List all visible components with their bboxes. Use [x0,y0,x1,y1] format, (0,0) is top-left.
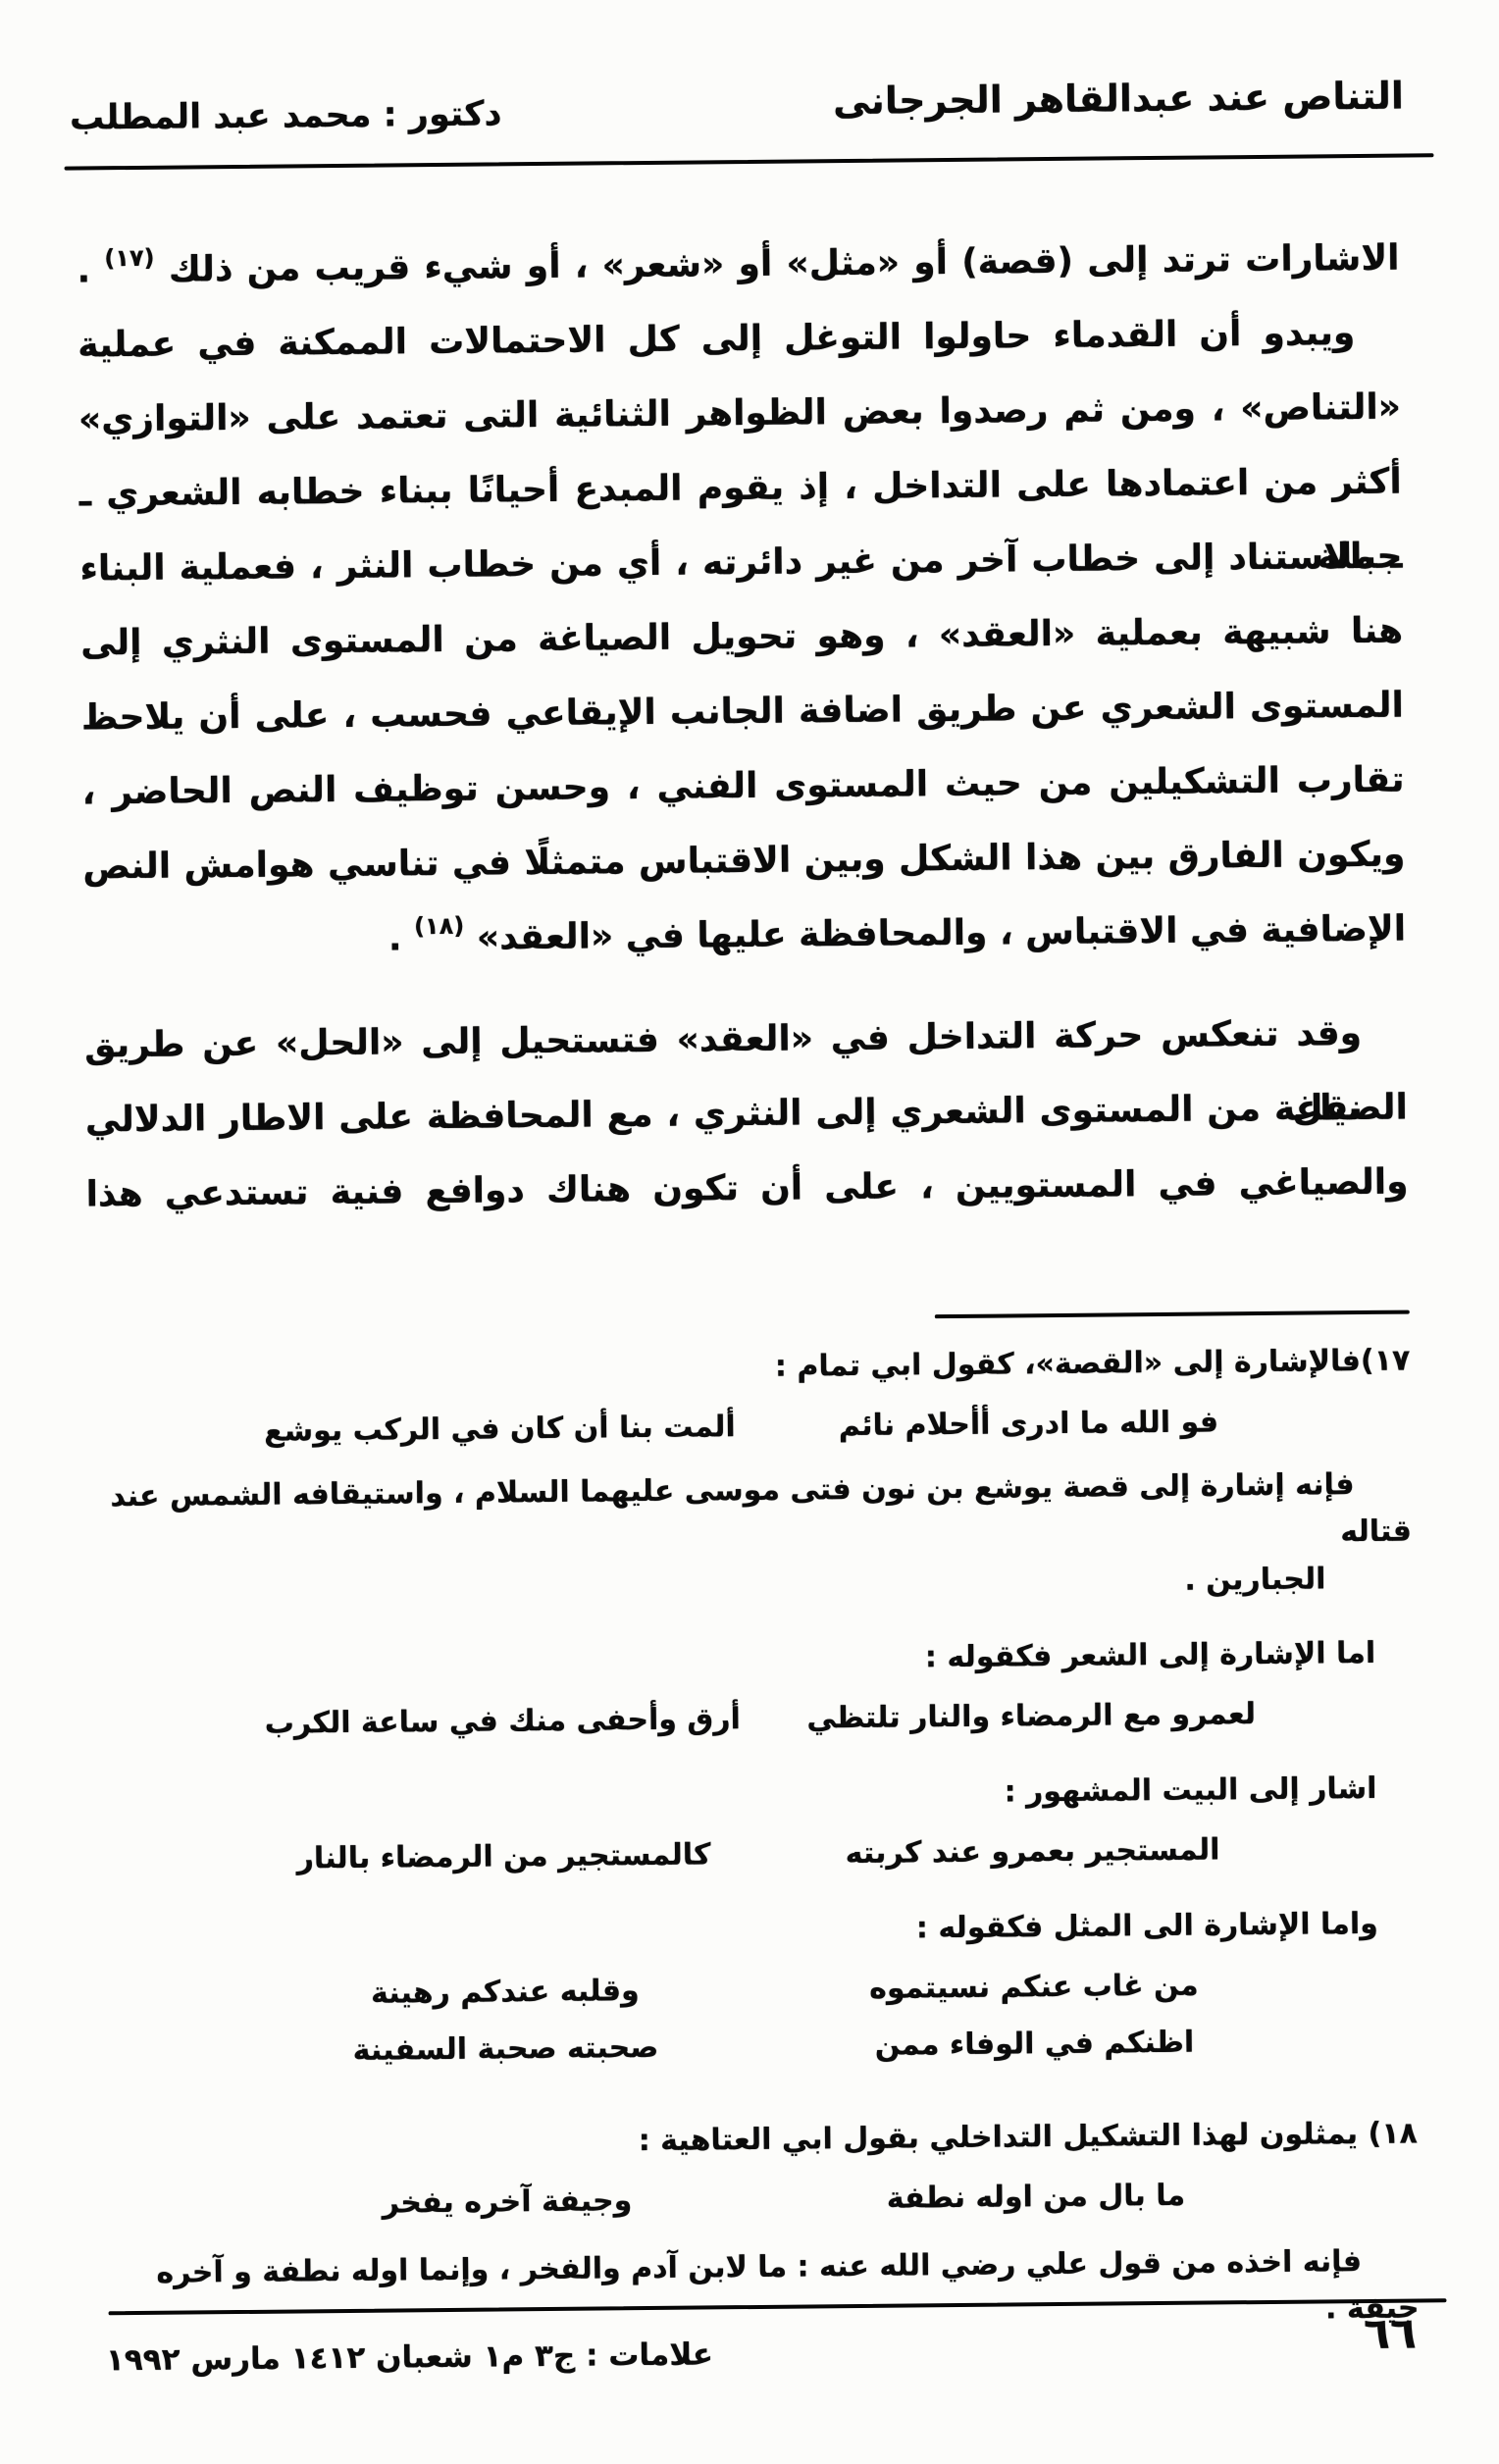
hemistich-right: المستجير بعمرو عند كربته [768,1825,1297,1879]
header-divider [65,153,1434,170]
footnote-ref-18: (١٨) [414,912,465,940]
body-line: أكثر من اعتمادها على التداخل ، إذ يقوم ا… [78,445,1402,533]
page-content: التناص عند عبدالقاهر الجرجانى دكتور : مح… [0,0,1499,2464]
hemistich-right: من غاب عنكم نسيتموه [769,1961,1298,2015]
body-text: الإضافية في الاقتباس ، والمحافظة عليها ف… [464,909,1406,958]
hemistich-left: وجيفة آخره يفخر [242,2176,771,2230]
body-line: هنا شبيهة بعملية «العقد» ، وهو تحويل الص… [80,594,1404,682]
journal-info: علامات : ج٣ م١ شعبان ١٤١٢ مارس ١٩٩٢ [106,2336,713,2378]
hemistich-right: فو الله ما ادرى أأحلام نائم [764,1398,1293,1452]
scanned-book-page: التناص عند عبدالقاهر الجرجانى دكتور : مح… [0,0,1499,2464]
body-line: ويبدو أن القدماء حاولوا التوغل إلى كل ال… [78,296,1401,384]
body-line: ويكون الفارق بين هذا الشكل وبين الاقتباس… [82,818,1406,905]
verse-line: من غاب عنكم نسيتموه وقلبه عندكم رهينة [93,1960,1416,2022]
body-line-paragraph-end: الإضافية في الاقتباس ، والمحافظة عليها ف… [83,893,1407,980]
body-line: تقارب التشكيلين من حيث المستوى الفني ، و… [81,744,1405,831]
footnote-17-proverb-intro: واما الإشارة الى المثل فكقوله : [93,1901,1378,1961]
footnote-18-intro: ١٨) يمثلون لهذا التشكيل التداخلي بقول اب… [95,2111,1418,2171]
hemistich-left: صحبته صحبة السفينة [241,2023,770,2077]
page-number: ٦٦ [1364,2309,1417,2360]
body-line: وقد تنعكس حركة التداخل في «العقد» فتستحي… [84,997,1408,1084]
body-line: ـ بالاستناد إلى خطاب آخر من غير دائرته ،… [79,520,1403,607]
footnote-17-famous-verse-intro: اشار إلى البيت المشهور : [91,1766,1376,1825]
hemistich-right: اظنكم في الوفاء ممن [770,2018,1299,2072]
verse-line: ما بال من اوله نطفة وجيفة آخره يفخر [95,2170,1418,2232]
hemistich-left: أرق وأحفى منك في ساعة الكرب [238,1695,767,1749]
body-text: . [388,918,415,958]
article-body: الاشارات ترتد إلى (قصة) أو «مثل» أو «شعر… [77,222,1409,1233]
body-line-opening: الاشارات ترتد إلى (قصة) أو «مثل» أو «شعر… [77,222,1400,309]
verse-line: فو الله ما ادرى أأحلام نائم ألمت بنا أن … [88,1397,1411,1459]
footnote-ref-17: (١٧) [104,244,155,272]
article-title: التناص عند عبدالقاهر الجرجانى [833,75,1404,124]
verse-line: لعمرو مع الرمضاء والنار تلتظي أرق وأحفى … [91,1689,1414,1751]
footnote-17-poetry-intro: اما الإشارة إلى الشعر فكقوله : [90,1630,1375,1690]
hemistich-left: وقلبه عندكم رهينة [240,1966,769,2020]
verse-line: اظنكم في الوفاء ممن صحبته صحبة السفينة [94,2017,1417,2079]
body-line: الصياغة من المستوى الشعري إلى النثري ، م… [85,1071,1409,1158]
body-text: . [77,250,104,290]
footnote-17-intro: ١٧)فالإشارة إلى «القصة»، كقول ابي تمام : [87,1338,1410,1398]
footnotes-block: ١٧)فالإشارة إلى «القصة»، كقول ابي تمام :… [87,1338,1420,2345]
hemistich-left: كالمستجير من الرمضاء بالنار [239,1830,768,1884]
hemistich-left: ألمت بنا أن كان في الركب يوشع [235,1403,764,1457]
verse-line: المستجير بعمرو عند كربته كالمستجير من ال… [92,1824,1415,1886]
author-name: دكتور : محمد عبد المطلب [70,94,502,137]
body-line: المستوى الشعري عن طريق اضافة الجانب الإي… [81,669,1405,756]
body-text: الاشارات ترتد إلى (قصة) أو «مثل» أو «شعر… [155,238,1400,290]
body-line: والصياغي في المستويين ، على أن تكون هناك… [85,1146,1409,1233]
body-line: «التناص» ، ومن ثم رصدوا بعض الظواهر الثن… [78,371,1402,458]
footnote-17-comment: فإنه إشارة إلى قصة يوشع بن نون فتى موسى … [88,1462,1412,1568]
footnote-separator [935,1310,1410,1319]
hemistich-right: لعمرو مع الرمضاء والنار تلتظي [767,1690,1296,1744]
footnote-18-comment: فإنه اخذه من قول علي رضي الله عنه : ما ل… [96,2238,1420,2345]
hemistich-right: ما بال من اوله نطفة [771,2171,1300,2225]
